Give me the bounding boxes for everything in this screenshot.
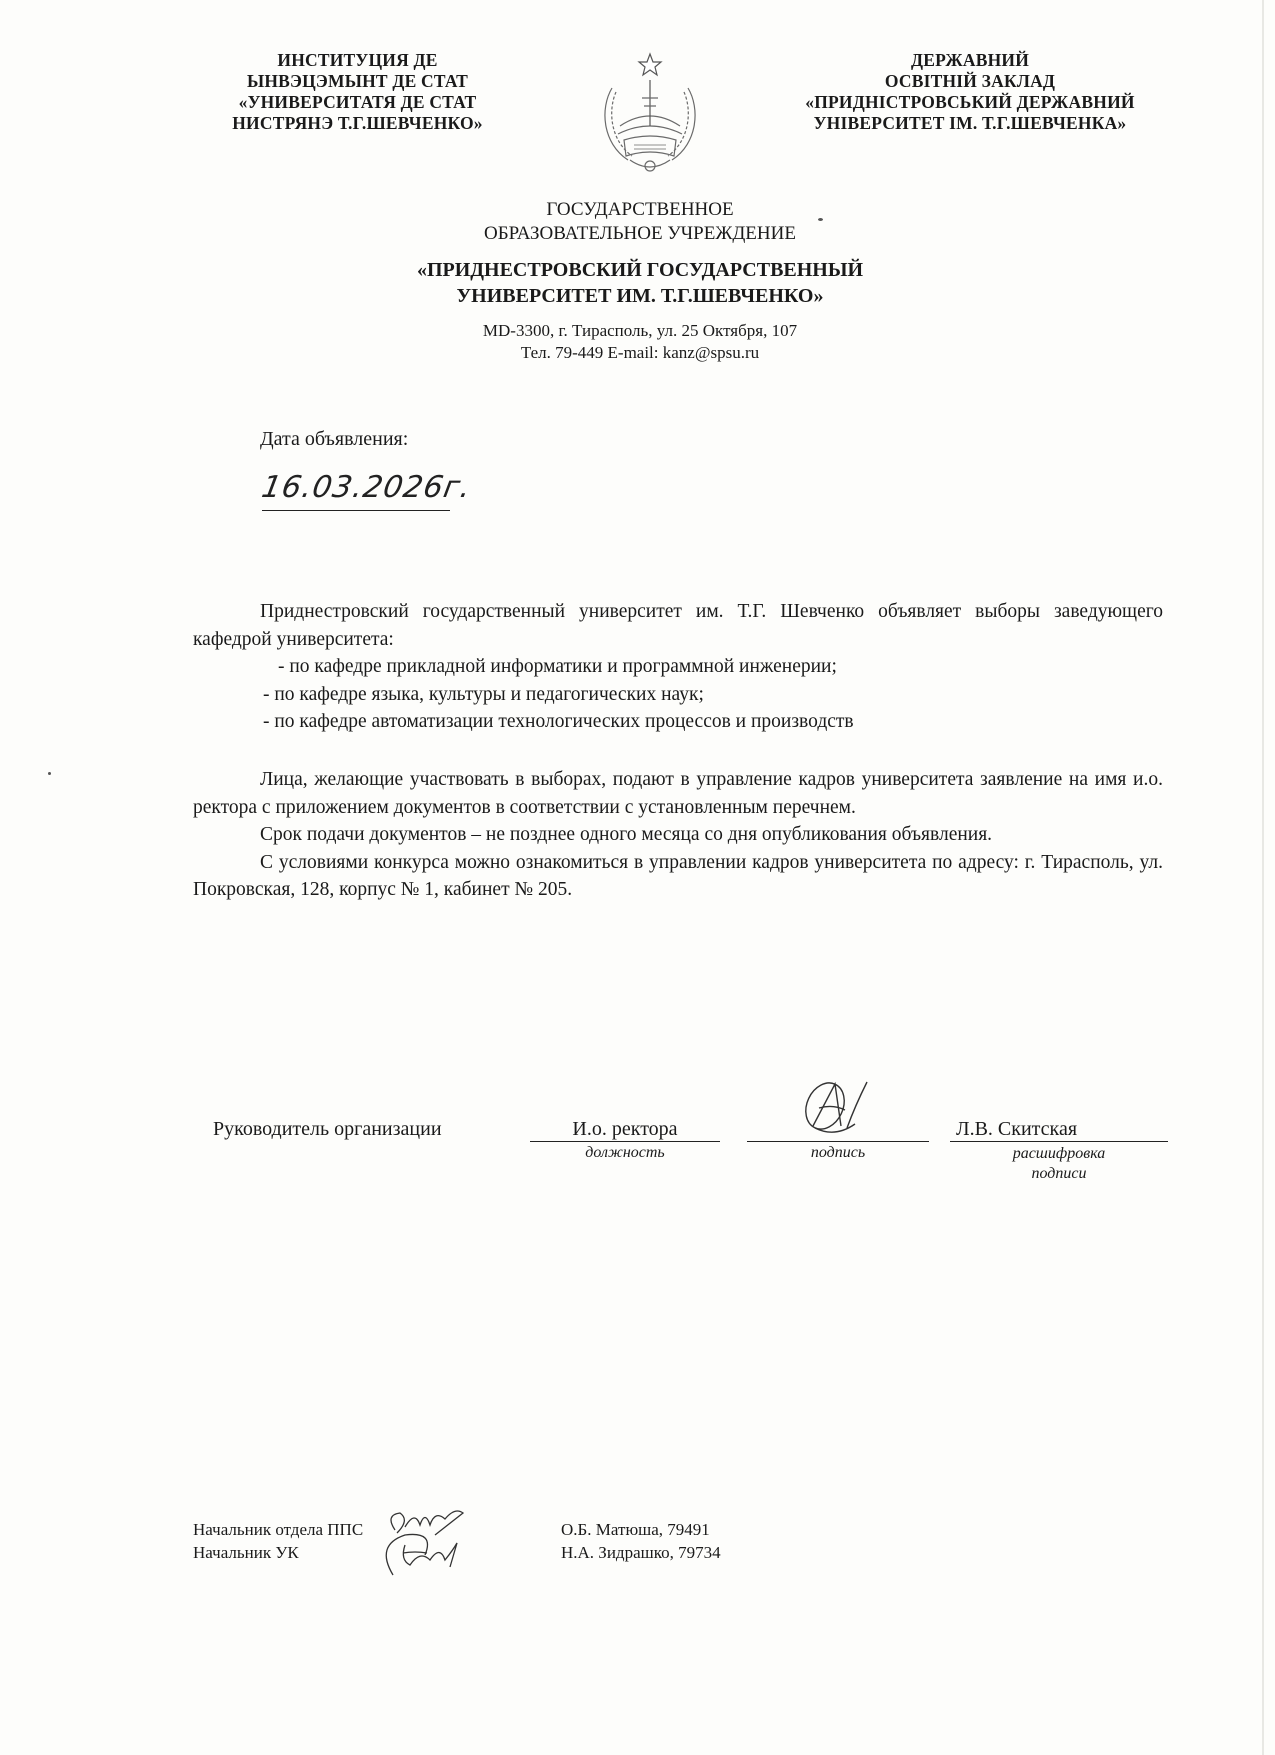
position-underline — [530, 1141, 720, 1142]
name-underline — [950, 1141, 1168, 1142]
department-item: - по кафедре автоматизации технологическ… — [193, 708, 1163, 736]
scan-speck — [818, 218, 823, 221]
footer-persons: О.Б. Матюша, 79491 Н.А. Зидрашко, 79734 — [561, 1518, 721, 1564]
header-right-line: УНІВЕРСИТЕТ ІМ. Т.Г.ШЕВЧЕНКА» — [770, 113, 1170, 134]
header-right-line: «ПРИДНІСТРОВСЬКИЙ ДЕРЖАВНИЙ — [770, 92, 1170, 113]
header-ukrainian-name: ДЕРЖАВНИЙ ОСВІТНІЙ ЗАКЛАД «ПРИДНІСТРОВСЬ… — [770, 50, 1170, 134]
institution-type-line2: ОБРАЗОВАТЕЛЬНОЕ УЧРЕЖДЕНИЕ — [300, 222, 980, 245]
footer-person: О.Б. Матюша, 79491 — [561, 1518, 721, 1541]
date-underline — [262, 510, 450, 511]
name-caption: расшифровка подписи — [950, 1144, 1168, 1184]
department-item: - по кафедре прикладной информатики и пр… — [193, 653, 1163, 681]
name-field: Л.В. Скитская расшифровка подписи — [950, 1118, 1168, 1184]
position-caption: должность — [530, 1144, 720, 1162]
header-left-line: ЫНВЭЦЭМЫНТ ДЕ СТАТ — [205, 71, 510, 92]
footer-role: Начальник отдела ППС — [193, 1518, 363, 1541]
header-right-line: ДЕРЖАВНИЙ — [770, 50, 1170, 71]
institution-contacts: MD-3300, г. Тирасполь, ул. 25 Октября, 1… — [300, 320, 980, 364]
scan-edge — [1262, 0, 1264, 1755]
announcement-date-handwritten: 16.03.2026г. — [259, 470, 474, 505]
signature-caption: подпись — [747, 1144, 929, 1162]
footer-signatures-icon — [375, 1505, 485, 1585]
department-item: - по кафедре языка, культуры и педагогич… — [193, 681, 1163, 709]
conditions-paragraph: С условиями конкурса можно ознакомиться … — [193, 849, 1163, 904]
institution-type-line1: ГОСУДАРСТВЕННОЕ — [300, 198, 980, 221]
institution-name: «ПРИДНЕСТРОВСКИЙ ГОСУДАРСТВЕННЫЙ УНИВЕРС… — [300, 257, 980, 309]
signature-role-label: Руководитель организации — [213, 1118, 442, 1141]
institution-name-line1: «ПРИДНЕСТРОВСКИЙ ГОСУДАРСТВЕННЫЙ — [300, 257, 980, 283]
position-value: И.о. ректора — [530, 1118, 720, 1141]
scan-speck — [48, 772, 51, 775]
header-right-line: ОСВІТНІЙ ЗАКЛАД — [770, 71, 1170, 92]
application-info: Лица, желающие участвовать в выборах, по… — [193, 766, 1163, 904]
apply-paragraph: Лица, желающие участвовать в выборах, по… — [193, 766, 1163, 821]
footer-person: Н.А. Зидрашко, 79734 — [561, 1541, 721, 1564]
announcement-date-label: Дата объявления: — [260, 428, 408, 451]
signatory-name: Л.В. Скитская — [950, 1118, 1168, 1141]
footer-roles: Начальник отдела ППС Начальник УК — [193, 1518, 363, 1564]
institution-name-line2: УНИВЕРСИТЕТ ИМ. Т.Г.ШЕВЧЕНКО» — [300, 283, 980, 309]
footer-role: Начальник УК — [193, 1541, 363, 1564]
coat-of-arms-icon — [590, 48, 710, 180]
header-left-line: НИСТРЯНЭ Т.Г.ШЕВЧЕНКО» — [205, 113, 510, 134]
name-caption-line1: расшифровка — [950, 1144, 1168, 1164]
name-caption-line2: подписи — [950, 1164, 1168, 1184]
position-field: И.о. ректора должность — [530, 1118, 720, 1162]
deadline-paragraph: Срок подачи документов – не позднее одно… — [193, 821, 1163, 849]
header-moldovan-name: ИНСТИТУЦИЯ ДЕ ЫНВЭЦЭМЫНТ ДЕ СТАТ «УНИВЕР… — [205, 50, 510, 134]
intro-paragraph: Приднестровский государственный универси… — [193, 598, 1163, 653]
institution-address: MD-3300, г. Тирасполь, ул. 25 Октября, 1… — [300, 320, 980, 342]
header-left-line: «УНИВЕРСИТАТЯ ДЕ СТАТ — [205, 92, 510, 113]
institution-phone-email: Тел. 79-449 E-mail: kanz@spsu.ru — [300, 342, 980, 364]
announcement-body: Приднестровский государственный универси… — [193, 598, 1163, 736]
handwritten-signature-icon — [785, 1076, 895, 1146]
header-left-line: ИНСТИТУЦИЯ ДЕ — [205, 50, 510, 71]
